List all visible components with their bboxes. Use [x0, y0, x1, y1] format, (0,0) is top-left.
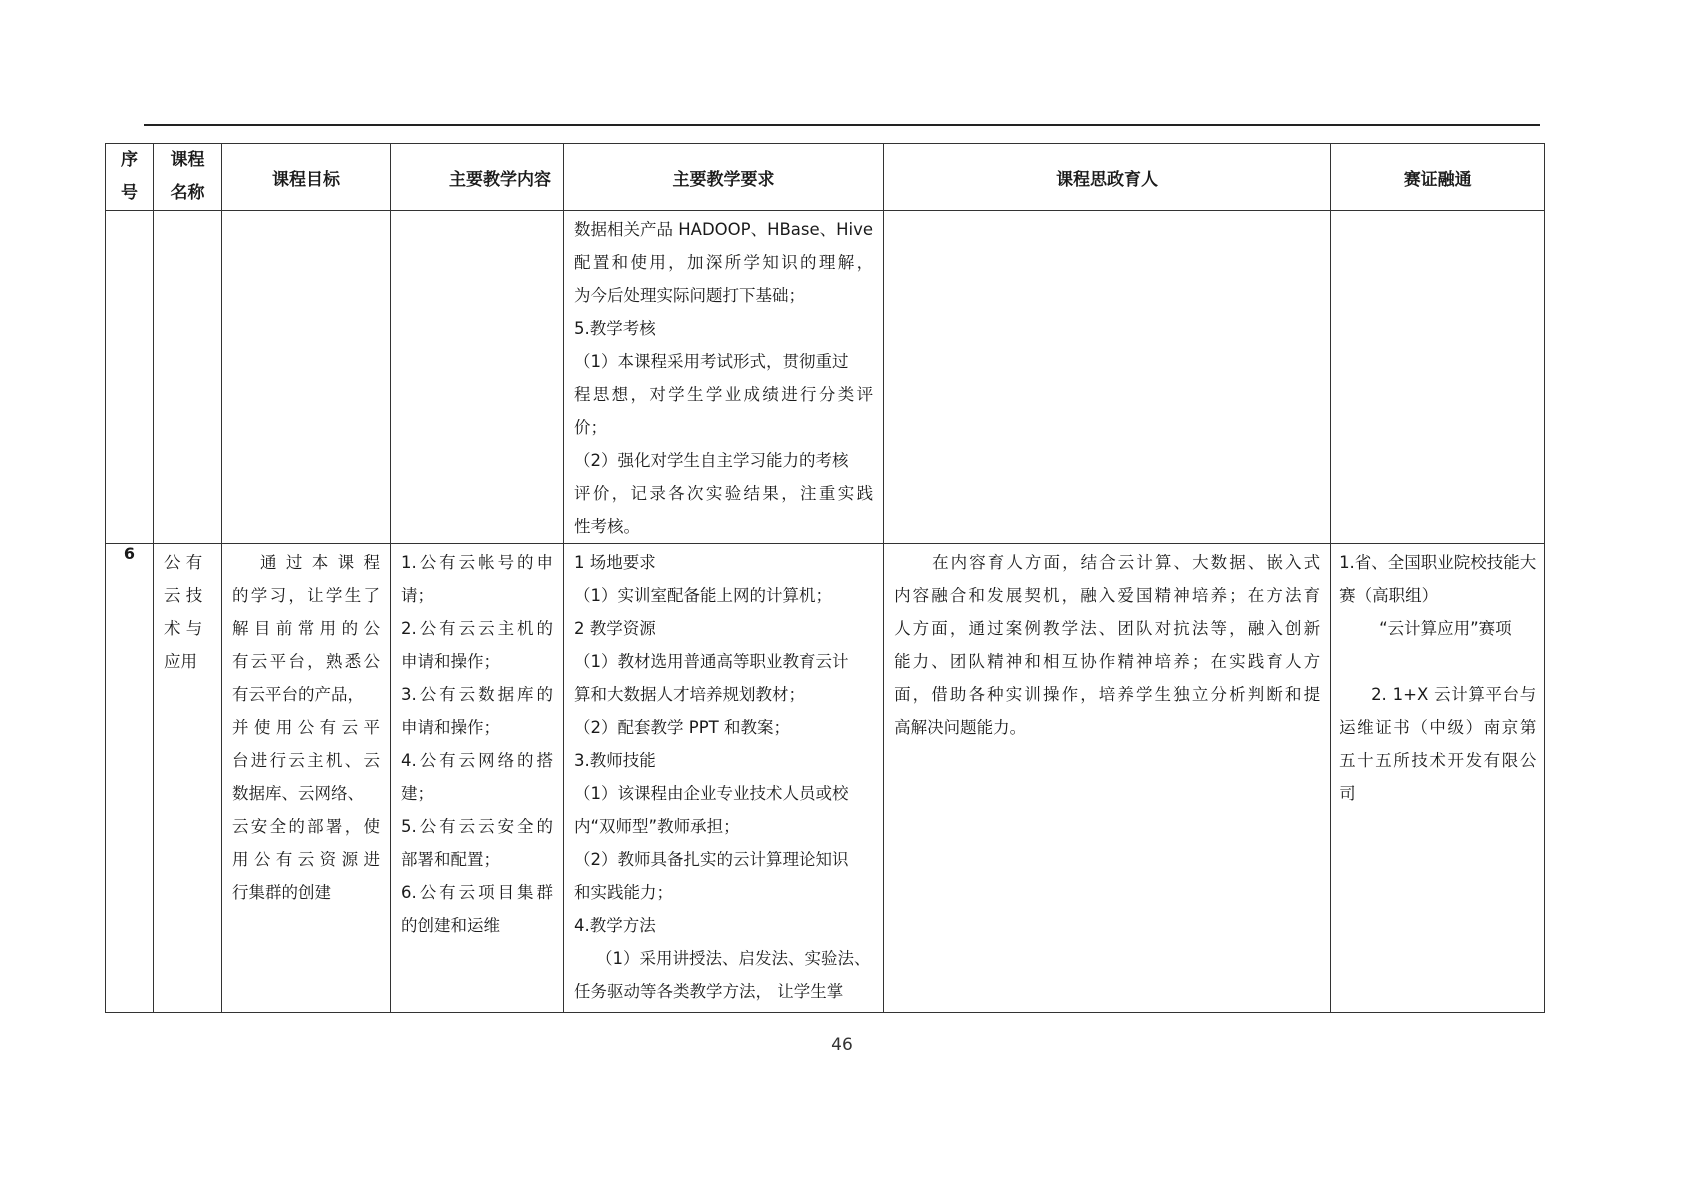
goal-line: 行集群的创建: [232, 876, 380, 909]
requirement-line: （1）采用讲授法、启发法、实验法、: [574, 942, 873, 975]
requirement-line: 价；: [574, 411, 873, 444]
row1-course-goal: [222, 211, 391, 544]
row1-ideological-education: [884, 211, 1331, 544]
row1-main-content: [391, 211, 564, 544]
table-header-row: 序号 课程名称 课程目标 主要教学内容 主要教学要求 课程思政育人 赛证融通: [106, 144, 1545, 211]
ideology-line: 高解决问题能力。: [894, 711, 1320, 744]
goal-line: 解目前常用的公: [232, 612, 380, 645]
requirement-line: 1 场地要求: [574, 546, 873, 579]
certification-line: 司: [1339, 777, 1536, 810]
certification-line: 1.省、全国职业院校技能大: [1339, 546, 1536, 579]
content-line: 5.公有云云安全的: [401, 810, 553, 843]
content-line: 3.公有云数据库的: [401, 678, 553, 711]
header-course-goal: 课程目标: [222, 144, 391, 211]
content-line: 部署和配置；: [401, 843, 553, 876]
certification-line: 五十五所技术开发有限公: [1339, 744, 1536, 777]
content-line: 的创建和运维: [401, 909, 553, 942]
goal-line: 有云平台的产品，: [232, 678, 380, 711]
row2-ideological-education: 在内容育人方面，结合云计算、大数据、嵌入式 内容融合和发展契机，融入爱国精神培养…: [884, 544, 1331, 1013]
header-seq: 序号: [106, 144, 154, 211]
header-seq-line2: 号: [106, 177, 153, 210]
requirement-line: 为今后处理实际问题打下基础；: [574, 279, 873, 312]
certification-line: “云计算应用”赛项: [1339, 612, 1536, 645]
row1-seq: [106, 211, 154, 544]
requirement-line: （2）教师具备扎实的云计算理论知识: [574, 843, 873, 876]
row1-course-name: [154, 211, 222, 544]
goal-line: 云安全的部署，使: [232, 810, 380, 843]
ideology-line: 人方面，通过案例教学法、团队对抗法等，融入创新: [894, 612, 1320, 645]
header-course-name-line1: 课程: [154, 144, 221, 177]
header-course-name-line2: 名称: [154, 177, 221, 210]
requirement-line: 评价，记录各次实验结果，注重实践: [574, 477, 873, 510]
course-name-line: 云 技: [164, 579, 215, 612]
content-line: 4.公有云网络的搭: [401, 744, 553, 777]
requirement-line: 内“双师型”教师承担；: [574, 810, 873, 843]
requirement-line: （1）本课程采用考试形式，贯彻重过: [574, 345, 873, 378]
row2-main-requirements: 1 场地要求 （1）实训室配备能上网的计算机； 2 教学资源 （1）教材选用普通…: [564, 544, 884, 1013]
certification-line: 2. 1+X 云计算平台与: [1339, 678, 1536, 711]
row2-seq: 6: [106, 544, 154, 1013]
requirement-line: 3.教师技能: [574, 744, 873, 777]
requirement-line: 程思想，对学生学业成绩进行分类评: [574, 378, 873, 411]
header-competition-certification: 赛证融通: [1331, 144, 1545, 211]
content-line: 请；: [401, 579, 553, 612]
goal-line: 通过本课程: [232, 546, 380, 579]
requirement-line: （1）教材选用普通高等职业教育云计: [574, 645, 873, 678]
goal-line: 有云平台，熟悉公: [232, 645, 380, 678]
requirement-line: 和实践能力；: [574, 876, 873, 909]
content-line: 2.公有云云主机的: [401, 612, 553, 645]
requirement-line: （1）该课程由企业专业技术人员或校: [574, 777, 873, 810]
requirement-line: 配置和使用，加深所学知识的理解，: [574, 246, 873, 279]
requirement-line: （2）配套教学 PPT 和教案；: [574, 711, 873, 744]
goal-line: 并使用公有云平: [232, 711, 380, 744]
header-main-requirements: 主要教学要求: [564, 144, 884, 211]
course-name-line: 公 有: [164, 546, 215, 579]
table-row: 6 公 有 云 技 术 与 应用 通过本课程 的学习，让学生了 解目前常用的公 …: [106, 544, 1545, 1013]
row2-competition-certification: 1.省、全国职业院校技能大 赛（高职组） “云计算应用”赛项 2. 1+X 云计…: [1331, 544, 1545, 1013]
content-line: 6.公有云项目集群: [401, 876, 553, 909]
requirement-line: 4.教学方法: [574, 909, 873, 942]
content-line: 申请和操作；: [401, 645, 553, 678]
table-row: 数据相关产品 HADOOP、HBase、Hive 配置和使用，加深所学知识的理解…: [106, 211, 1545, 544]
content-line: 申请和操作；: [401, 711, 553, 744]
header-main-content: 主要教学内容: [391, 144, 564, 211]
ideology-line: 能力、团队精神和相互协作精神培养；在实践育人方: [894, 645, 1320, 678]
header-course-name: 课程名称: [154, 144, 222, 211]
goal-line: 的学习，让学生了: [232, 579, 380, 612]
ideology-line: 内容融合和发展契机，融入爱国精神培养；在方法育: [894, 579, 1320, 612]
row2-course-name: 公 有 云 技 术 与 应用: [154, 544, 222, 1013]
row1-competition-certification: [1331, 211, 1545, 544]
ideology-line: 面，借助各种实训操作，培养学生独立分析判断和提: [894, 678, 1320, 711]
requirement-line: 任务驱动等各类教学方法， 让学生掌: [574, 975, 873, 1008]
certification-line: 运维证书（中级）南京第: [1339, 711, 1536, 744]
certification-line: [1339, 645, 1536, 678]
course-name-line: 应用: [164, 645, 215, 678]
requirement-line: 5.教学考核: [574, 312, 873, 345]
row2-main-content: 1.公有云帐号的申 请； 2.公有云云主机的 申请和操作； 3.公有云数据库的 …: [391, 544, 564, 1013]
course-name-line: 术 与: [164, 612, 215, 645]
requirement-line: 2 教学资源: [574, 612, 873, 645]
ideology-line: 在内容育人方面，结合云计算、大数据、嵌入式: [894, 546, 1320, 579]
header-seq-line1: 序: [106, 144, 153, 177]
content-line: 1.公有云帐号的申: [401, 546, 553, 579]
row1-main-requirements: 数据相关产品 HADOOP、HBase、Hive 配置和使用，加深所学知识的理解…: [564, 211, 884, 544]
goal-line: 台进行云主机、云: [232, 744, 380, 777]
requirement-line: （2）强化对学生自主学习能力的考核: [574, 444, 873, 477]
curriculum-table: 序号 课程名称 课程目标 主要教学内容 主要教学要求 课程思政育人 赛证融通 数…: [105, 143, 1545, 1013]
goal-line: 数据库、云网络、: [232, 777, 380, 810]
header-rule: [144, 124, 1540, 126]
requirement-line: 数据相关产品 HADOOP、HBase、Hive: [574, 213, 873, 246]
content-line: 建；: [401, 777, 553, 810]
requirement-line: （1）实训室配备能上网的计算机；: [574, 579, 873, 612]
requirement-line: 算和大数据人才培养规划教材；: [574, 678, 873, 711]
header-ideological-education: 课程思政育人: [884, 144, 1331, 211]
row2-course-goal: 通过本课程 的学习，让学生了 解目前常用的公 有云平台，熟悉公 有云平台的产品，…: [222, 544, 391, 1013]
certification-line: 赛（高职组）: [1339, 579, 1536, 612]
page-number: 46: [0, 1035, 1684, 1055]
goal-line: 用公有云资源进: [232, 843, 380, 876]
requirement-line: 性考核。: [574, 510, 873, 543]
